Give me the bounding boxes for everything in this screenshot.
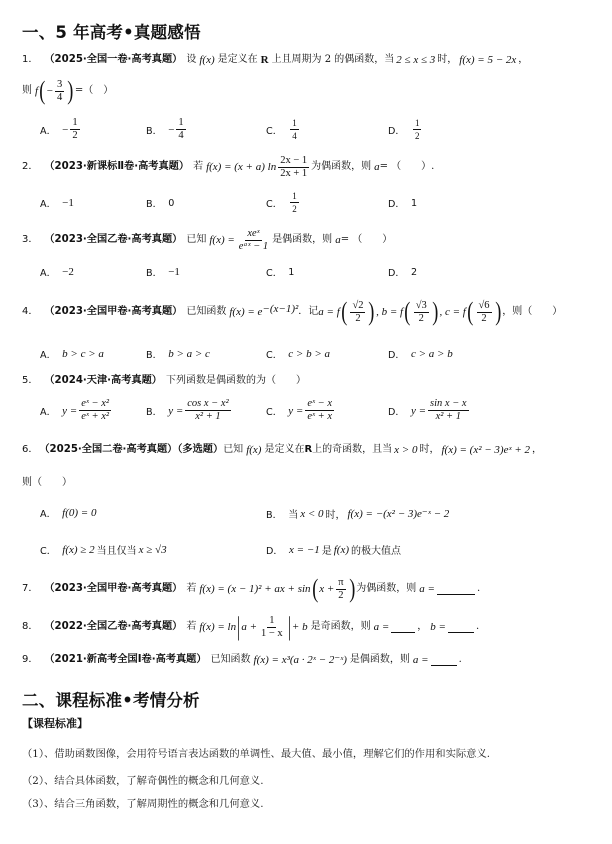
section-2-title: 二、课程标准•考情分析 xyxy=(22,687,200,711)
option-c[interactable]: C．12 xyxy=(266,190,301,215)
option-b[interactable]: B．b > a > c xyxy=(146,347,210,361)
standard-item-3: （3）、结合三角函数，了解周期性的概念和几何意义. xyxy=(22,795,264,810)
option-b[interactable]: B．当x < 0时，f(x) = −(x² − 3)e⁻ˣ − 2 xyxy=(266,506,449,521)
question-source: （2023·全国乙卷·高考真题） xyxy=(44,233,182,247)
option-b[interactable]: B．−14 xyxy=(146,117,188,142)
stem-math: − xyxy=(47,84,53,98)
option-d[interactable]: D．2 xyxy=(388,265,423,279)
question-1-line-2: 则 f ( − 34 ) =（ ） xyxy=(22,76,113,106)
stem-text: 上且周期为 2 的偶函数，当 xyxy=(272,53,395,67)
stem-math: f xyxy=(35,84,38,98)
question-source: （2023·全国甲卷·高考真题） xyxy=(44,305,182,319)
question-7: 7． （2023·全国甲卷·高考真题） 若 f(x) = (x − 1)² + … xyxy=(22,574,480,604)
option-c[interactable]: C．c > b > a xyxy=(266,347,330,361)
option-c[interactable]: C．y =eˣ − xeˣ + x xyxy=(266,398,336,423)
stem-text: 设 xyxy=(186,53,196,67)
answer-blank-b[interactable] xyxy=(448,621,474,633)
option-c[interactable]: C．14 xyxy=(266,117,301,142)
fraction: 34 xyxy=(55,79,64,104)
option-a[interactable]: A．b > c > a xyxy=(40,347,104,361)
question-4: 4． （2023·全国甲卷·高考真题） 已知函数 f(x) = e −(x−1)… xyxy=(22,296,562,328)
question-6-line-2: 则（ ） xyxy=(22,476,72,490)
option-b[interactable]: B．y =cos x − x²x² + 1 xyxy=(146,398,233,423)
option-d[interactable]: D．12 xyxy=(388,117,423,142)
answer-blank[interactable] xyxy=(437,583,475,595)
stem-text: 时， xyxy=(437,53,457,67)
question-source: （2021·新高考全国Ⅰ卷·高考真题） xyxy=(44,653,206,667)
option-a[interactable]: A．f(0) = 0 xyxy=(40,506,96,520)
option-d[interactable]: D．1 xyxy=(388,196,423,210)
question-source: （2024·天津·高考真题） xyxy=(44,374,162,388)
option-b[interactable]: B．−1 xyxy=(146,265,180,279)
question-9: 9． （2021·新高考全国Ⅰ卷·高考真题） 已知函数 f(x) = x³(a … xyxy=(22,653,462,667)
stem-math: R xyxy=(261,53,269,67)
stem-text: ， xyxy=(518,53,528,67)
question-source: （2023·新课标Ⅱ卷·高考真题） xyxy=(44,160,189,174)
option-c[interactable]: C．f(x) ≥ 2当且仅当x ≥ √3 xyxy=(40,542,167,557)
section-1-title: 一、5 年高考•真题感悟 xyxy=(22,19,201,43)
option-d[interactable]: D．y =sin x − xx² + 1 xyxy=(388,398,471,423)
option-d[interactable]: D．c > a > b xyxy=(388,347,453,361)
answer-blank[interactable] xyxy=(431,654,457,666)
question-8: 8． （2022·全国乙卷·高考真题） 若 f(x) = ln |a +11 −… xyxy=(22,612,479,642)
stem-text: 是定义在 xyxy=(218,53,258,67)
answer-blank-a[interactable] xyxy=(391,621,415,633)
option-a[interactable]: A．−12 xyxy=(40,117,82,142)
standard-item-2: （2）、结合具体函数，了解奇偶性的概念和几何意义. xyxy=(22,772,264,787)
stem-text: 则 xyxy=(22,84,32,98)
stem-math: f(x) xyxy=(199,53,214,67)
standard-item-1: （1）、借助函数图像，会用符号语言表达函数的单调性、最大值、最小值，理解它们的作… xyxy=(22,745,490,760)
stem-math: f(x) = 5 − 2x xyxy=(459,53,516,67)
question-source: （2025·全国二卷·高考真题）（多选题） xyxy=(39,443,223,457)
option-d[interactable]: D．x = −1是f(x)的极大值点 xyxy=(266,542,401,557)
option-c[interactable]: C．1 xyxy=(266,265,300,279)
option-b[interactable]: B．0 xyxy=(146,196,180,210)
question-source: （2023·全国甲卷·高考真题） xyxy=(44,582,182,596)
question-source: （2025·全国一卷·高考真题） xyxy=(44,53,182,67)
question-5: 5． （2024·天津·高考真题） 下列函数是偶函数的为（ ） xyxy=(22,374,306,388)
option-a[interactable]: A．−1 xyxy=(40,196,74,210)
question-6: 6． （2025·全国二卷·高考真题）（多选题） 已知 f(x) 是定义在 R … xyxy=(22,443,542,457)
question-2: 2． （2023·新课标Ⅱ卷·高考真题） 若 f(x) = (x + a) ln… xyxy=(22,153,434,181)
question-number: 1． xyxy=(22,53,38,67)
question-source: （2022·全国乙卷·高考真题） xyxy=(44,620,182,634)
stem-text: =（ ） xyxy=(75,84,113,98)
question-1: 1． （2025·全国一卷·高考真题） 设 f(x) 是定义在 R 上且周期为 … xyxy=(22,53,528,67)
question-3: 3． （2023·全国乙卷·高考真题） 已知 f(x) = xeˣeᵃˣ − 1… xyxy=(22,226,392,254)
option-a[interactable]: A．−2 xyxy=(40,265,74,279)
option-a[interactable]: A．y =eˣ − x²eˣ + x² xyxy=(40,398,113,423)
stem-math: 2 ≤ x ≤ 3 xyxy=(396,53,435,67)
course-standard-subtitle: 【课程标准】 xyxy=(22,715,88,731)
